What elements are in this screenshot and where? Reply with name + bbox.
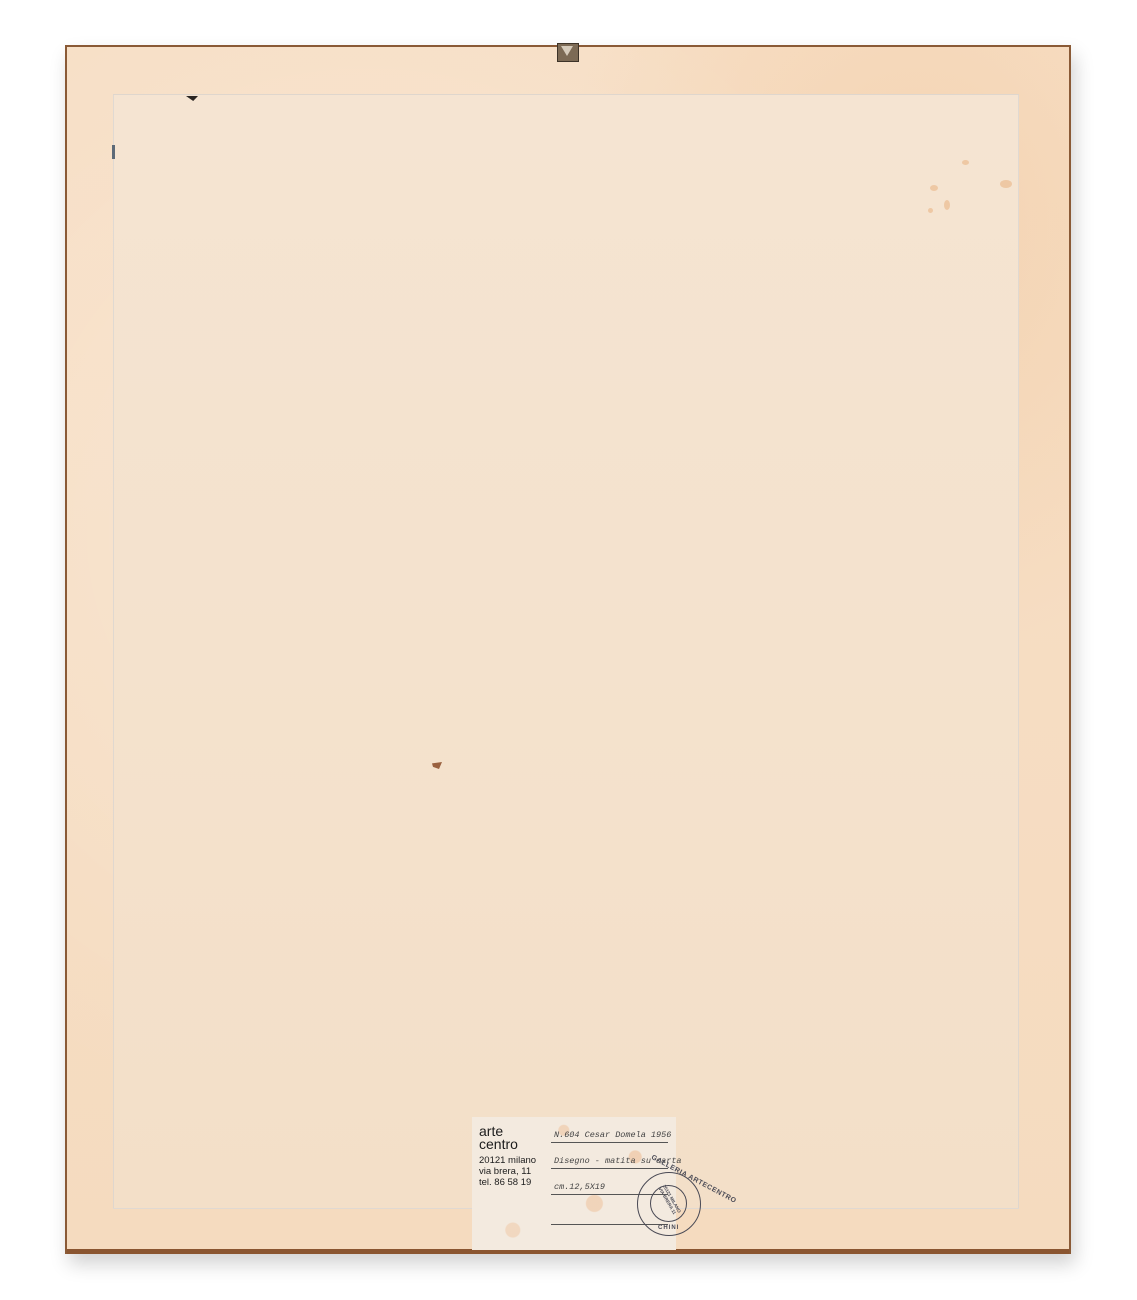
- stamp-bottom-text: CHINI: [658, 1225, 679, 1231]
- address-line-1: 20121 milano: [479, 1155, 536, 1166]
- foxing-stain: [930, 185, 938, 191]
- triangle-hanger-icon: [557, 43, 579, 62]
- inner-paper-panel: [113, 94, 1019, 1209]
- foxing-stain: [962, 160, 969, 165]
- address-line-3: tel. 86 58 19: [479, 1177, 536, 1188]
- foxing-stain: [928, 208, 933, 213]
- gallery-address: 20121 milano via brera, 11 tel. 86 58 19: [479, 1155, 536, 1188]
- entry-line: N.604 Cesar Domela 1956: [551, 1129, 668, 1143]
- foxing-stain: [944, 200, 950, 210]
- ink-mark: [112, 145, 115, 159]
- brand-line-2: centro: [479, 1138, 518, 1151]
- foxing-stain: [1000, 180, 1012, 188]
- artwork-backing-board: [65, 45, 1071, 1254]
- gallery-brand: arte centro: [479, 1125, 518, 1151]
- address-line-2: via brera, 11: [479, 1166, 536, 1177]
- gallery-stamp: GALLERIA ARTECENTRO 20121 MILANO VIA BRE…: [637, 1172, 701, 1236]
